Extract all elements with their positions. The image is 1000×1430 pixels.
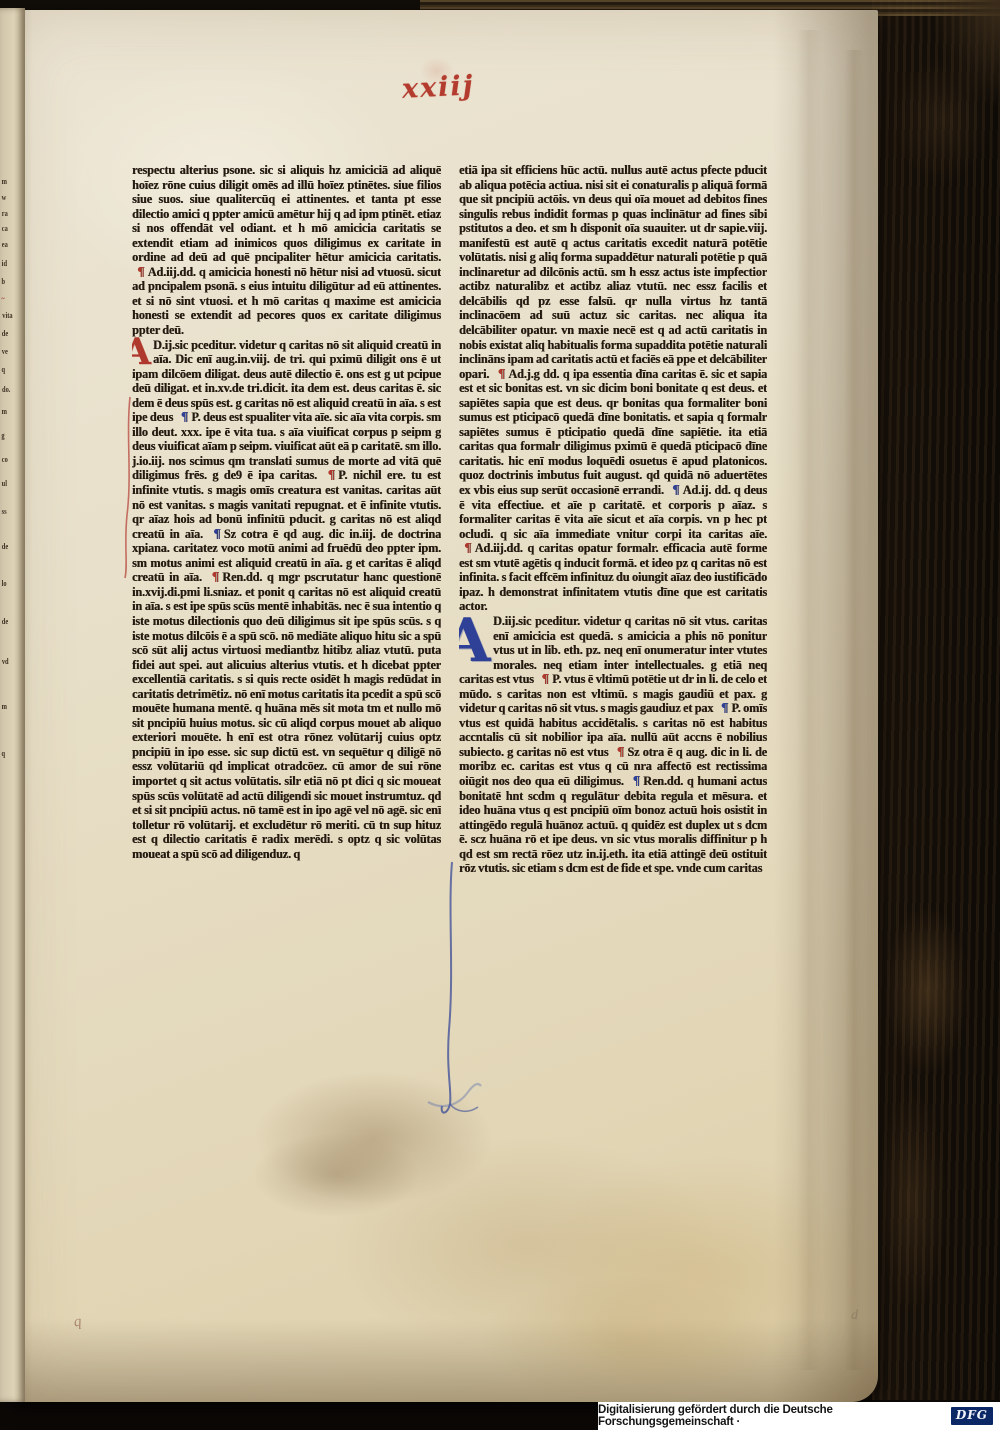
pilcrow-mark-blue: ¶ bbox=[627, 773, 643, 788]
manuscript-scan: mwracaeaidb~vitadeveqdo.mgcoulssdelodevd… bbox=[0, 0, 1000, 1430]
edge-text-fragment: de bbox=[2, 543, 8, 551]
edge-text-fragment: ~ bbox=[1, 295, 4, 303]
edge-text-fragment: q bbox=[1, 366, 5, 374]
edge-text-fragment: m bbox=[2, 408, 7, 416]
edge-text-fragment: g bbox=[1, 432, 4, 440]
facing-page-sliver: mwracaeaidb~vitadeveqdo.mgcoulssdelodevd… bbox=[0, 8, 25, 1402]
text-block: AD.ij.sic pceditur. videtur q caritas nō… bbox=[132, 338, 441, 862]
pencil-mark-bottom-left: q bbox=[73, 1314, 83, 1332]
pilcrow-mark-red: ¶ bbox=[322, 467, 338, 482]
text-block: respectu alterius psone. sic si aliquis … bbox=[132, 163, 441, 338]
pilcrow-mark-red: ¶ bbox=[493, 366, 509, 381]
text-run: Ad.j.g dd. q ipa essentia dīna caritas ē… bbox=[459, 367, 767, 497]
edge-text-fragment: de bbox=[2, 618, 8, 626]
pilcrow-mark-red: ¶ bbox=[536, 671, 552, 686]
edge-text-fragment: q bbox=[1, 750, 5, 758]
edge-text-fragment: ul bbox=[2, 480, 7, 488]
edge-text-fragment: ss bbox=[2, 508, 7, 516]
banner-caption: Digitalisierung gefördert durch die Deut… bbox=[598, 1404, 945, 1428]
pencil-mark-bottom-right: d bbox=[851, 1308, 858, 1324]
edge-text-fragment: ve bbox=[2, 348, 8, 356]
book-corner-shadow bbox=[930, 0, 1000, 110]
edge-text-fragment: m bbox=[2, 703, 7, 711]
illuminated-initial-blue: A bbox=[459, 615, 488, 667]
pilcrow-mark-blue: ¶ bbox=[716, 700, 732, 715]
edge-text-fragment: b bbox=[1, 278, 5, 286]
illuminated-initial-red: A bbox=[132, 338, 149, 367]
text-column-right: etiā ipa sit efficiens hūc actū. nullus … bbox=[459, 163, 767, 1082]
book-binding-edge bbox=[872, 0, 1000, 1430]
text-run: Ren.dd. q humani actus bonitatē hnt scdm… bbox=[459, 774, 767, 875]
edge-text-fragment: de bbox=[2, 330, 8, 338]
pilcrow-mark-blue: ¶ bbox=[667, 482, 683, 497]
edge-text-fragment: do. bbox=[2, 386, 10, 394]
text-run: respectu alterius psone. sic si aliquis … bbox=[132, 163, 441, 264]
edge-text-fragment: m bbox=[2, 178, 7, 186]
edge-text-fragment: vd bbox=[2, 658, 9, 666]
edge-text-fragment: lo bbox=[2, 580, 7, 588]
pilcrow-mark-red: ¶ bbox=[459, 540, 475, 555]
pilcrow-mark-blue: ¶ bbox=[208, 526, 224, 541]
dfg-digitization-banner: Digitalisierung gefördert durch die Deut… bbox=[598, 1402, 1000, 1430]
pilcrow-mark-red: ¶ bbox=[612, 744, 628, 759]
text-block: AD.iij.sic pceditur. videtur q caritas n… bbox=[459, 614, 767, 876]
text-block: etiā ipa sit efficiens hūc actū. nullus … bbox=[459, 163, 767, 614]
text-run: Ren.dd. q mgr pscrutatur hanc questionē … bbox=[132, 570, 441, 860]
edge-text-fragment: vita bbox=[2, 312, 12, 320]
parchment-crease bbox=[844, 50, 864, 1370]
edge-text-fragment: ra bbox=[2, 210, 8, 218]
text-run: Ad.iij.dd. q caritas opatur formalr. eff… bbox=[459, 541, 767, 613]
edge-text-fragment: ca bbox=[2, 225, 8, 233]
text-column-left: respectu alterius psone. sic si aliquis … bbox=[132, 163, 441, 1082]
edge-text-fragment: w bbox=[2, 194, 7, 202]
text-run: Ad.iij.dd. q amicicia honesti nō hētur n… bbox=[132, 265, 441, 337]
parchment-crease bbox=[796, 30, 822, 1370]
edge-text-fragment: id bbox=[2, 260, 7, 268]
text-run: etiā ipa sit efficiens hūc actū. nullus … bbox=[459, 163, 767, 381]
edge-text-fragment: ea bbox=[2, 241, 8, 249]
pilcrow-mark-red: ¶ bbox=[132, 264, 148, 279]
pilcrow-mark-blue: ¶ bbox=[176, 409, 192, 424]
folio-number: xxiij bbox=[401, 70, 475, 105]
edge-text-fragment: co bbox=[2, 456, 8, 464]
pilcrow-mark-red: ¶ bbox=[207, 569, 223, 584]
dfg-logo: DFG bbox=[951, 1407, 993, 1425]
